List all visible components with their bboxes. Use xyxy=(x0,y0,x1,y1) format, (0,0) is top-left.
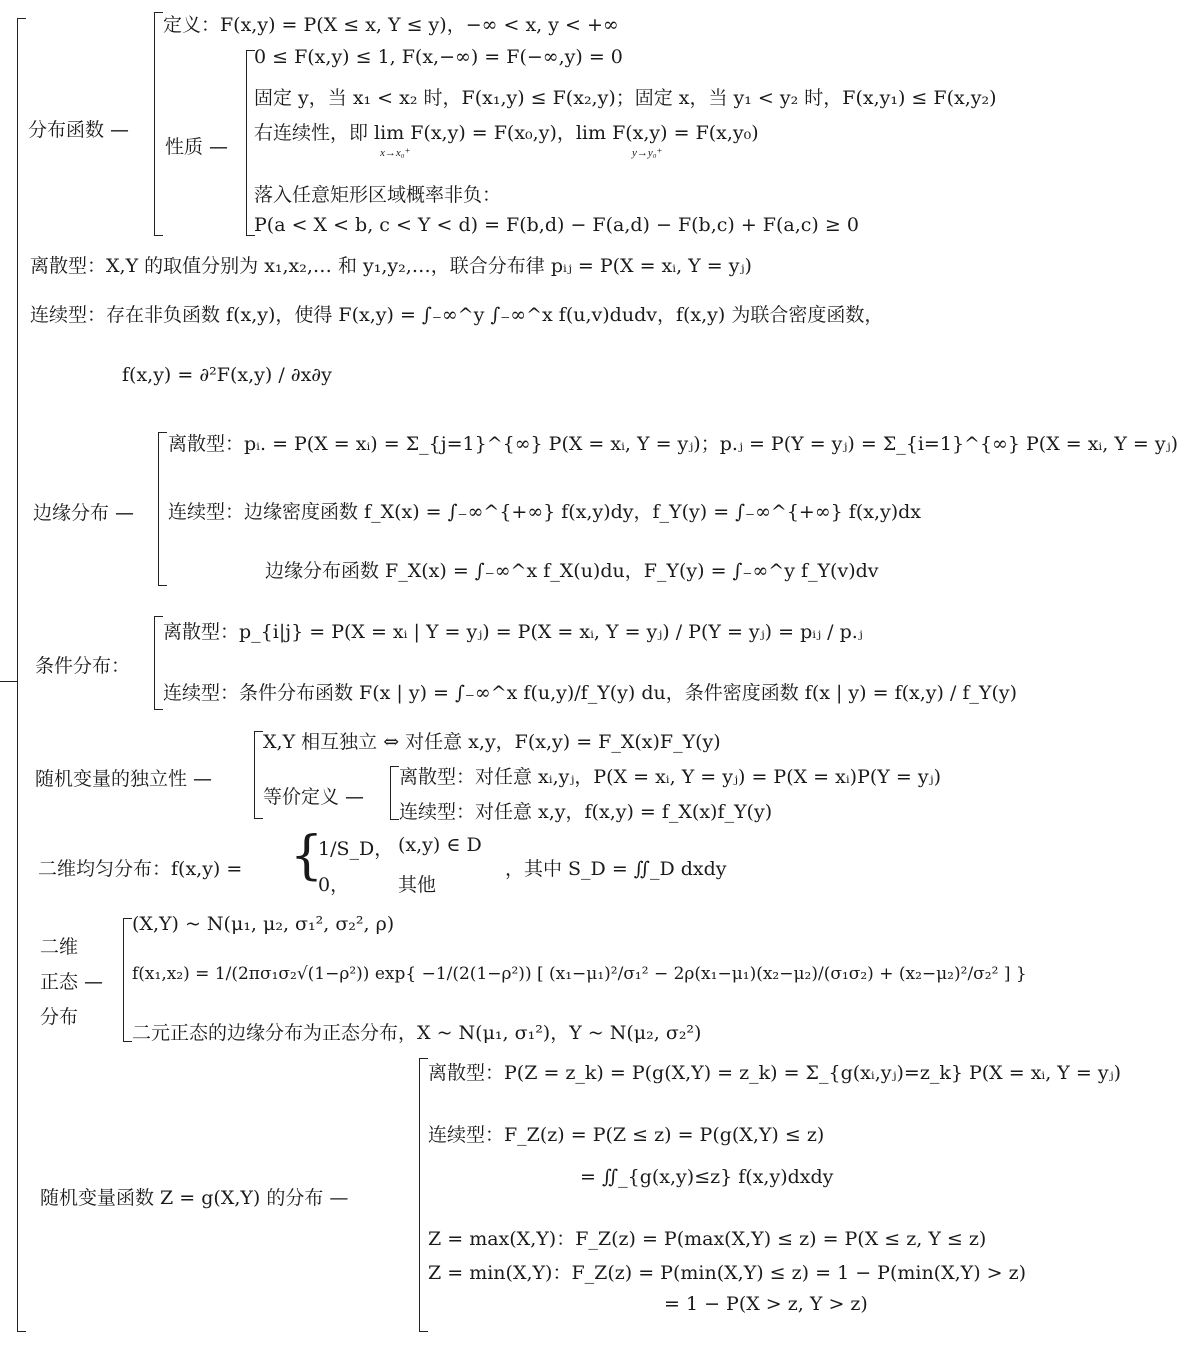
function-min-line2: = 1 − P(X > z, Y > z) xyxy=(664,1293,868,1315)
normal-density: f(x₁,x₂) = 1/(2πσ₁σ₂√(1−ρ²)) exp{ −1/(2(… xyxy=(132,964,1027,984)
uniform-label: 二维均匀分布：f(x,y) = xyxy=(38,854,242,881)
outer-bracket xyxy=(17,18,26,1332)
distribution-function-definition: 定义：F(x,y) = P(X ≤ x, Y ≤ y)，−∞ < x, y < … xyxy=(163,10,619,37)
marginal-label: 边缘分布 — xyxy=(33,498,134,525)
property-rectangle-label: 落入任意矩形区域概率非负： xyxy=(254,180,501,207)
uniform-case1-condition: (x,y) ∈ D xyxy=(398,834,482,856)
uniform-tail: ，其中 S_D = ∬_D dxdy xyxy=(505,854,727,881)
equivalent-discrete: 离散型：对任意 xᵢ,yⱼ，P(X = xᵢ, Y = yⱼ) = P(X = … xyxy=(399,762,941,789)
normal-marginal: 二元正态的边缘分布为正态分布，X ~ N(μ₁, σ₁²)，Y ~ N(μ₂, … xyxy=(132,1018,701,1045)
normal-bracket xyxy=(123,918,132,1042)
distribution-function-bracket xyxy=(154,12,163,236)
equivalent-definition-label: 等价定义 — xyxy=(263,782,364,809)
function-continuous-line1: 连续型：F_Z(z) = P(Z ≤ z) = P(g(X,Y) ≤ z) xyxy=(428,1120,824,1147)
joint-continuous-line2: f(x,y) = ∂²F(x,y) / ∂x∂y xyxy=(122,364,332,386)
limit-subscript-x: x→x₀⁺ xyxy=(380,146,410,159)
equivalent-continuous: 连续型：对任意 x,y，f(x,y) = f_X(x)f_Y(y) xyxy=(399,797,772,824)
independence-label: 随机变量的独立性 — xyxy=(35,764,212,791)
conditional-bracket xyxy=(154,616,163,710)
function-min-line1: Z = min(X,Y)：F_Z(z) = P(min(X,Y) ≤ z) = … xyxy=(428,1258,1026,1285)
equivalent-definition-bracket xyxy=(390,766,399,820)
marginal-continuous-density: 连续型：边缘密度函数 f_X(x) = ∫₋∞^{+∞} f(x,y)dy，f_… xyxy=(168,497,921,524)
joint-discrete: 离散型：X,Y 的取值分别为 x₁,x₂,… 和 y₁,y₂,…，联合分布律 p… xyxy=(30,251,752,278)
property-rectangle-formula: P(a < X < b, c < Y < d) = F(b,d) − F(a,d… xyxy=(254,214,859,236)
independence-bracket xyxy=(254,731,263,819)
uniform-case2-condition: 其他 xyxy=(398,870,436,897)
normal-label-line3: 分布 xyxy=(40,1002,78,1029)
normal-label-line1: 二维 xyxy=(40,932,78,959)
property-right-continuity: 右连续性，即 lim F(x,y) = F(x₀,y)，lim F(x,y) =… xyxy=(254,118,759,145)
function-max: Z = max(X,Y)：F_Z(z) = P(max(X,Y) ≤ z) = … xyxy=(428,1224,986,1251)
conditional-label: 条件分布： xyxy=(35,651,130,678)
uniform-case2-value: 0， xyxy=(318,870,349,897)
function-of-rv-bracket xyxy=(419,1058,428,1332)
normal-notation: (X,Y) ~ N(μ₁, μ₂, σ₁², σ₂², ρ) xyxy=(132,913,394,935)
function-discrete: 离散型：P(Z = z_k) = P(g(X,Y) = z_k) = Σ_{g(… xyxy=(428,1058,1121,1085)
uniform-case1-value: 1/S_D， xyxy=(318,834,393,861)
conditional-discrete: 离散型：p_{i|j} = P(X = xᵢ | Y = yⱼ) = P(X =… xyxy=(163,617,863,644)
joint-continuous-line1: 连续型：存在非负函数 f(x,y)，使得 F(x,y) = ∫₋∞^y ∫₋∞^… xyxy=(30,300,883,327)
function-of-rv-label: 随机变量函数 Z = g(X,Y) 的分布 — xyxy=(40,1183,348,1210)
marginal-discrete: 离散型：pᵢ. = P(X = xᵢ) = Σ_{j=1}^{∞} P(X = … xyxy=(168,429,1178,456)
conditional-continuous: 连续型：条件分布函数 F(x | y) = ∫₋∞^x f(u,y)/f_Y(y… xyxy=(163,678,1017,705)
independence-main: X,Y 相互独立 ⇔ 对任意 x,y，F(x,y) = F_X(x)F_Y(y) xyxy=(263,727,721,754)
limit-subscript-y: y→y₀⁺ xyxy=(632,146,662,159)
distribution-function-label: 分布函数 — xyxy=(28,115,129,142)
normal-label-line2: 正态 — xyxy=(40,967,103,994)
marginal-bracket xyxy=(158,432,167,586)
properties-label: 性质 — xyxy=(165,132,228,159)
property-monotone: 固定 y，当 x₁ < x₂ 时，F(x₁,y) ≤ F(x₂,y)；固定 x，… xyxy=(254,83,997,110)
property-bounds: 0 ≤ F(x,y) ≤ 1, F(x,−∞) = F(−∞,y) = 0 xyxy=(254,46,623,68)
outer-bracket-tick xyxy=(0,681,17,682)
function-continuous-line2: = ∬_{g(x,y)≤z} f(x,y)dxdy xyxy=(580,1166,833,1188)
marginal-continuous-cdf: 边缘分布函数 F_X(x) = ∫₋∞^x f_X(u)du，F_Y(y) = … xyxy=(265,556,879,583)
